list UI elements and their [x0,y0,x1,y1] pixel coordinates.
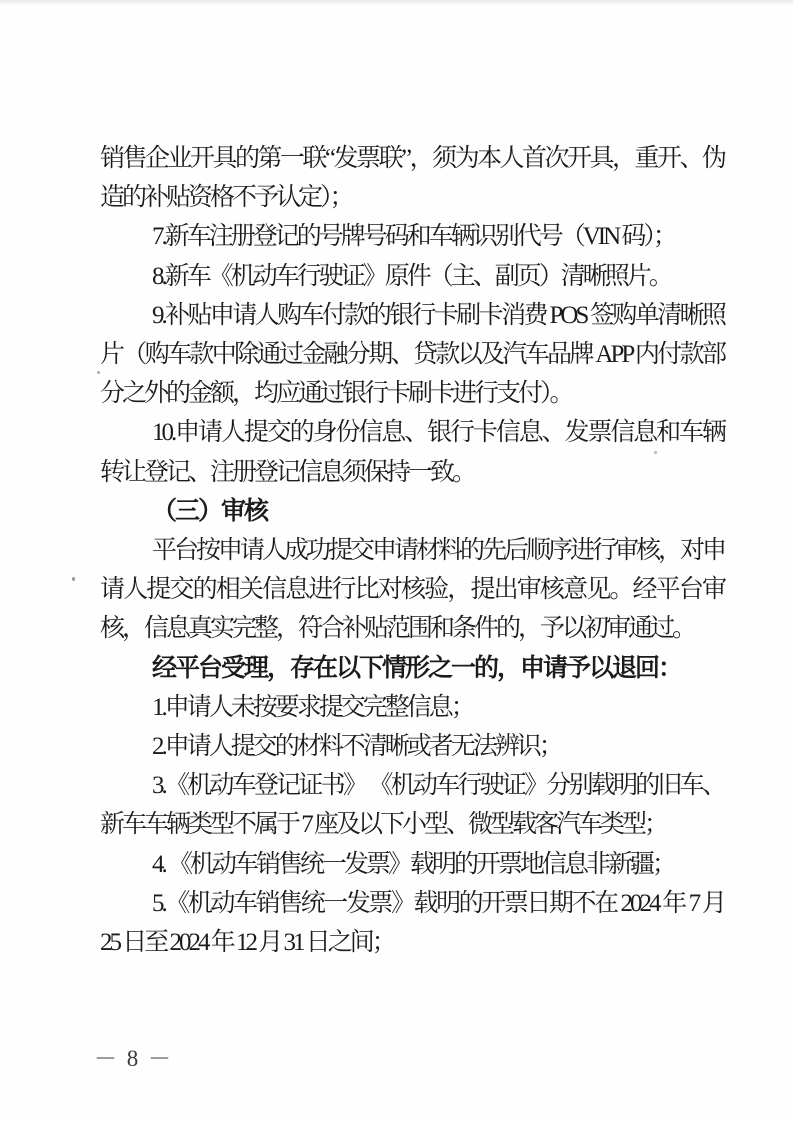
para-return-item-5: 5.《机动车销售统一发票》载明的开票日期不在 2024 年 7 月 25 日至 … [100,884,724,962]
scanned-document-page: 销售企业开具的第一联“发票联”，须为本人首次开具，重开、伪造的补贴资格不予认定）… [0,0,793,1122]
para-return-item-2: 2.申请人提交的材料不清晰或者无法辨识； [100,727,724,766]
para-review-process: 平台按申请人成功提交申请材料的先后顺序进行审核，对申请人提交的相关信息进行比对核… [100,531,724,649]
para-item-9-pos-receipt: 9.补贴申请人购车付款的银行卡刷卡消费 POS 签购单清晰照片（购车款中除通过金… [100,296,724,414]
heading-section-3-review: （三）审核 [100,492,724,531]
document-body: 销售企业开具的第一联“发票联”，须为本人首次开具，重开、伪造的补贴资格不予认定）… [100,139,724,962]
scan-dust-speck [97,371,100,374]
scan-dust-speck [654,451,657,454]
para-return-item-1: 1.申请人未按要求提交完整信息； [100,688,724,727]
para-return-item-3: 3.《机动车登记证书》 《机动车行驶证》分别载明的旧车、新车车辆类型不属于 7 … [100,766,724,844]
heading-return-conditions: 经平台受理，存在以下情形之一的，申请予以退回： [100,649,724,688]
para-return-item-4: 4. 《机动车销售统一发票》载明的开票地信息非新疆； [100,845,724,884]
para-item-8-driving-license: 8.新车《机动车行驶证》原件（主、副页）清晰照片。 [100,257,724,296]
para-item-10-info-consistency: 10.申请人提交的身份信息、银行卡信息、发票信息和车辆转让登记、注册登记信息须保… [100,413,724,491]
scan-edge-artifact [0,0,793,5]
page-number: － 8 － [94,1040,173,1073]
scan-dust-speck [72,577,75,581]
para-invoice-continuation: 销售企业开具的第一联“发票联”，须为本人首次开具，重开、伪造的补贴资格不予认定）… [100,139,724,217]
para-item-7-plate-vin: 7.新车注册登记的号牌号码和车辆识别代号（VIN 码）； [100,217,724,256]
